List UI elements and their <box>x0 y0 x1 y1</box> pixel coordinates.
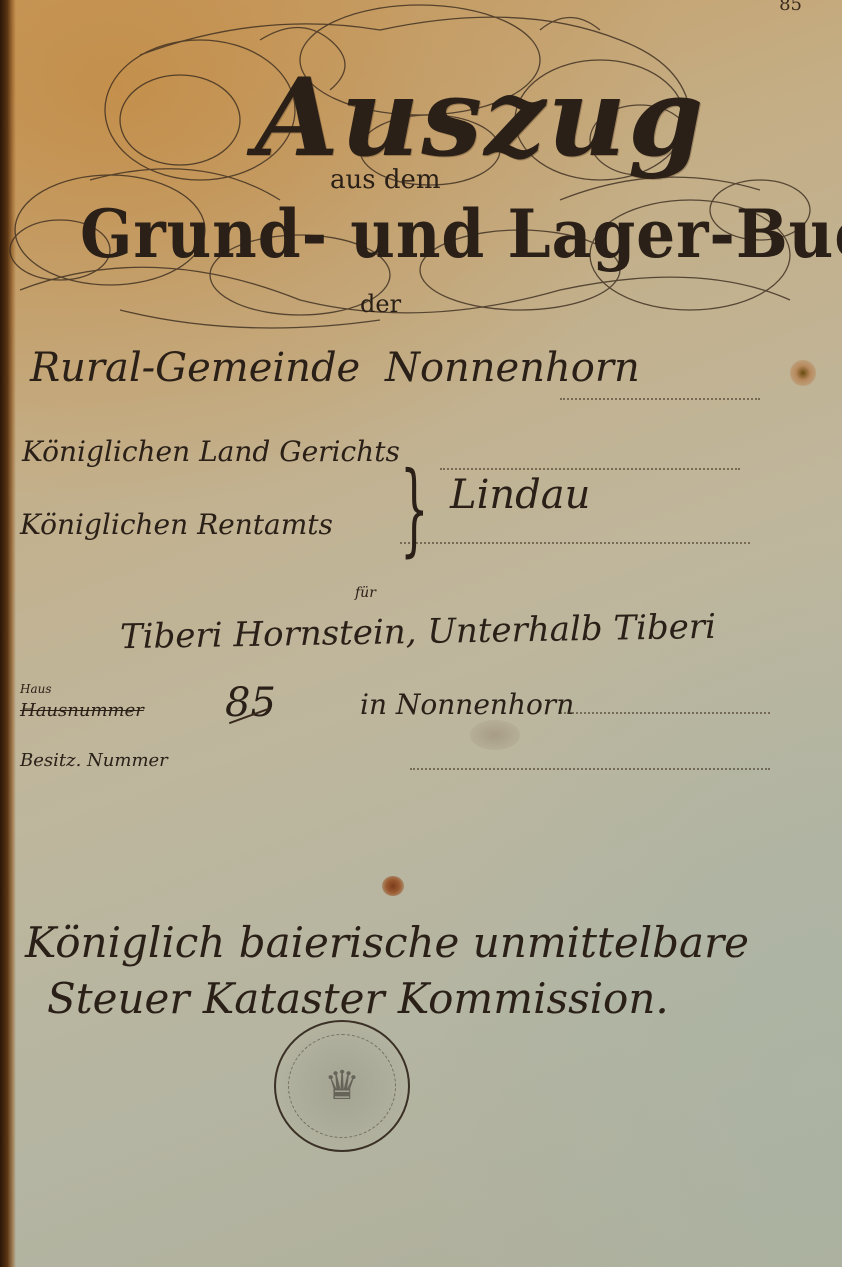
ink-stain <box>790 360 816 386</box>
district-value: Lindau <box>450 472 590 518</box>
issuer-line-2: Steuer Kataster Kommission. <box>25 971 749 1027</box>
crown-crest-icon: ♛ <box>324 1063 360 1109</box>
title-connector: aus dem <box>330 165 441 195</box>
house-number-label: Hausnummer <box>20 700 144 721</box>
house-label-insert: Haus <box>20 682 52 696</box>
issuer-line-1: Königlich baierische unmittelbare <box>25 915 749 971</box>
dotted-line <box>440 468 740 470</box>
title-article: der <box>360 290 401 318</box>
official-seal: ♛ <box>274 1020 410 1152</box>
gemeinde-row: Rural-Gemeinde Nonnenhorn <box>30 345 640 391</box>
property-number-label: Besitz. Nummer <box>20 750 168 771</box>
landgericht-label: Königlichen Land Gerichts <box>22 435 400 468</box>
ink-stain <box>382 876 404 896</box>
issuer-block: Königlich baierische unmittelbare Steuer… <box>25 915 749 1027</box>
paper-stain <box>470 720 520 750</box>
gemeinde-value: Nonnenhorn <box>385 345 640 391</box>
title-book-name: Grund- und Lager-Buch <box>80 195 842 273</box>
dotted-line <box>410 768 770 770</box>
house-number-value: 85 <box>225 680 276 726</box>
dotted-line <box>560 398 760 400</box>
gemeinde-label: Rural-Gemeinde <box>30 345 360 391</box>
for-label: für <box>355 585 376 601</box>
dotted-line <box>400 542 750 544</box>
location-value: in Nonnenhorn <box>360 688 574 721</box>
dotted-line <box>560 712 770 714</box>
brace-symbol: } <box>400 450 429 567</box>
rentamt-label: Königlichen Rentamts <box>20 508 333 541</box>
title-auszug: Auszug <box>255 55 706 181</box>
